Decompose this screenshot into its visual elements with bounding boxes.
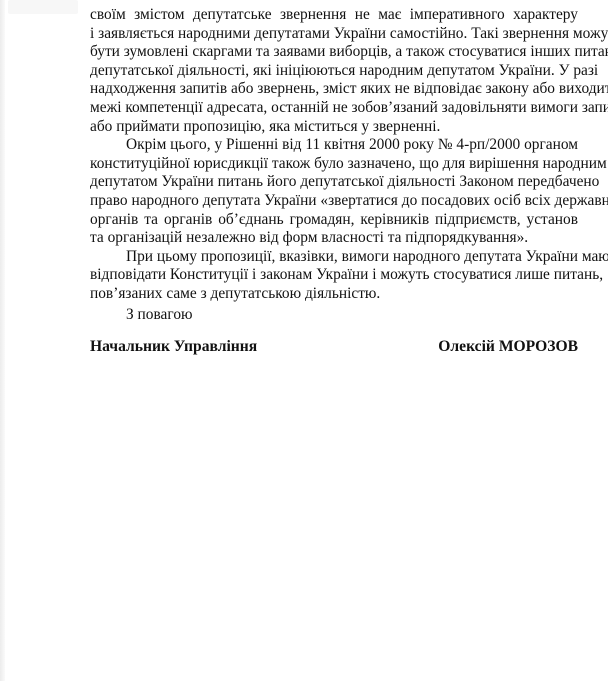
text-line: При цьому пропозиції, вказівки, вимоги н… (90, 248, 578, 267)
text-line: Окрім цього, у Рішенні від 11 квітня 200… (90, 136, 578, 155)
text-line: надходження запитів або звернень, зміст … (90, 80, 578, 99)
text-line: та організацій незалежно від форм власно… (90, 229, 578, 248)
text-line: відповідати Конституції і законам Україн… (90, 266, 578, 285)
paragraph-2: Окрім цього, у Рішенні від 11 квітня 200… (90, 136, 578, 248)
text-line: межі компетенції адресата, останній не з… (90, 99, 578, 118)
document-body: своїм змістом депутатське звернення не м… (90, 6, 578, 304)
scan-artifact (8, 0, 78, 14)
text-line: і заявляється народними депутатами Украї… (90, 25, 578, 44)
signature-block: Начальник Управління Олексій МОРОЗОВ (90, 338, 578, 357)
paragraph-1: своїм змістом депутатське звернення не м… (90, 6, 578, 136)
text-line: конституційної юрисдикції також було заз… (90, 155, 578, 174)
page-left-edge-shadow (0, 0, 5, 681)
text-line: своїм змістом депутатське звернення не м… (90, 6, 578, 25)
text-line: органів та органів об’єднань громадян, к… (90, 211, 578, 230)
text-line: або приймати пропозицію, яка міститься у… (90, 118, 578, 137)
text-line: бути зумовлені скаргами та заявами вибор… (90, 43, 578, 62)
text-line: право народного депутата України «зверта… (90, 192, 578, 211)
text-line: депутатом України питань його депутатськ… (90, 173, 578, 192)
paragraph-3: При цьому пропозиції, вказівки, вимоги н… (90, 248, 578, 304)
signatory-position: Начальник Управління (90, 338, 257, 357)
signatory-name: Олексій МОРОЗОВ (438, 338, 578, 357)
text-line: депутатської діяльності, які ініціюються… (90, 62, 578, 81)
text-line: пов’язаних саме з депутатською діяльніст… (90, 285, 578, 304)
closing-salutation: З повагою (126, 306, 193, 325)
